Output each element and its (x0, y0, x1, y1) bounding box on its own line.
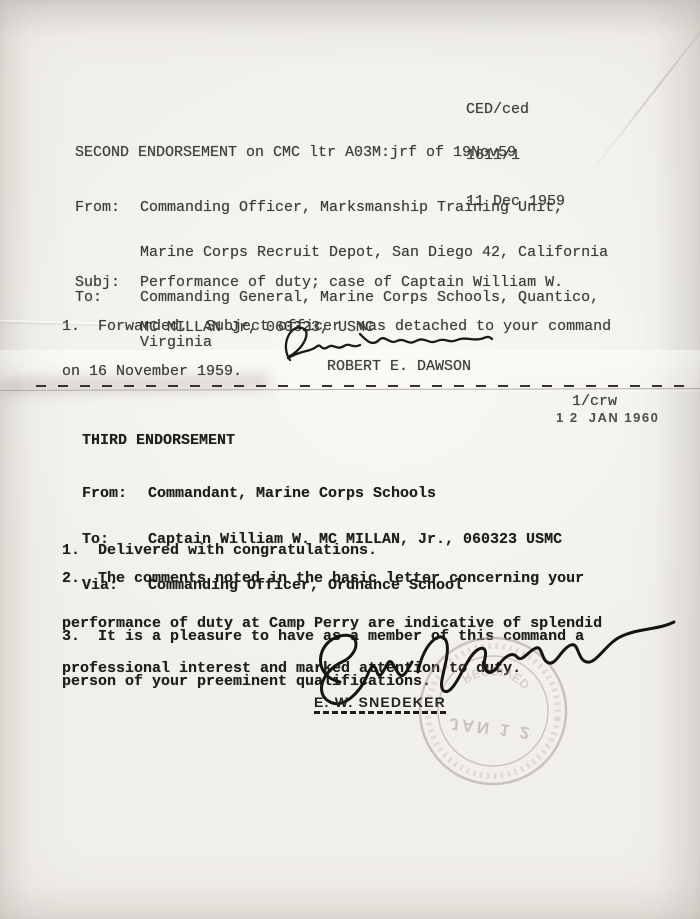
dawson-signature-image (276, 316, 494, 364)
from-label: From: (82, 486, 148, 501)
third-endorsement-title: THIRD ENDORSEMENT (82, 433, 235, 448)
from-label: From: (75, 200, 140, 215)
dawson-typed-name: ROBERT E. DAWSON (327, 359, 471, 374)
subj-label: Subj: (75, 275, 140, 290)
address-line: From:Commanding Officer, Marksmanship Tr… (75, 200, 608, 215)
from-text: Commanding Officer, Marksmanship Trainin… (140, 199, 563, 216)
paper-crease (587, 0, 700, 176)
subject-line: Subj:Performance of duty; case of Captai… (75, 275, 563, 290)
reference-code: 1/crw (572, 394, 617, 409)
paragraph-line: 2. The comments noted in the basic lette… (62, 571, 602, 586)
second-endorsement-title: SECOND ENDORSEMENT on CMC ltr A03M:jrf o… (75, 145, 516, 160)
dashed-separator-line (36, 385, 692, 387)
office-code: CED/ced (466, 102, 565, 118)
address-line: From:Commandant, Marine Corps Schools (82, 486, 562, 502)
scanned-document: CED/ced 1611/1 11 Dec 1959 SECOND ENDORS… (0, 0, 700, 919)
snedeker-typed-name: E. W. SNEDEKER (314, 694, 446, 714)
from-text: Commandant, Marine Corps Schools (148, 485, 436, 502)
received-date-stamp-text: 1 2 JAN 1960 (556, 410, 659, 425)
